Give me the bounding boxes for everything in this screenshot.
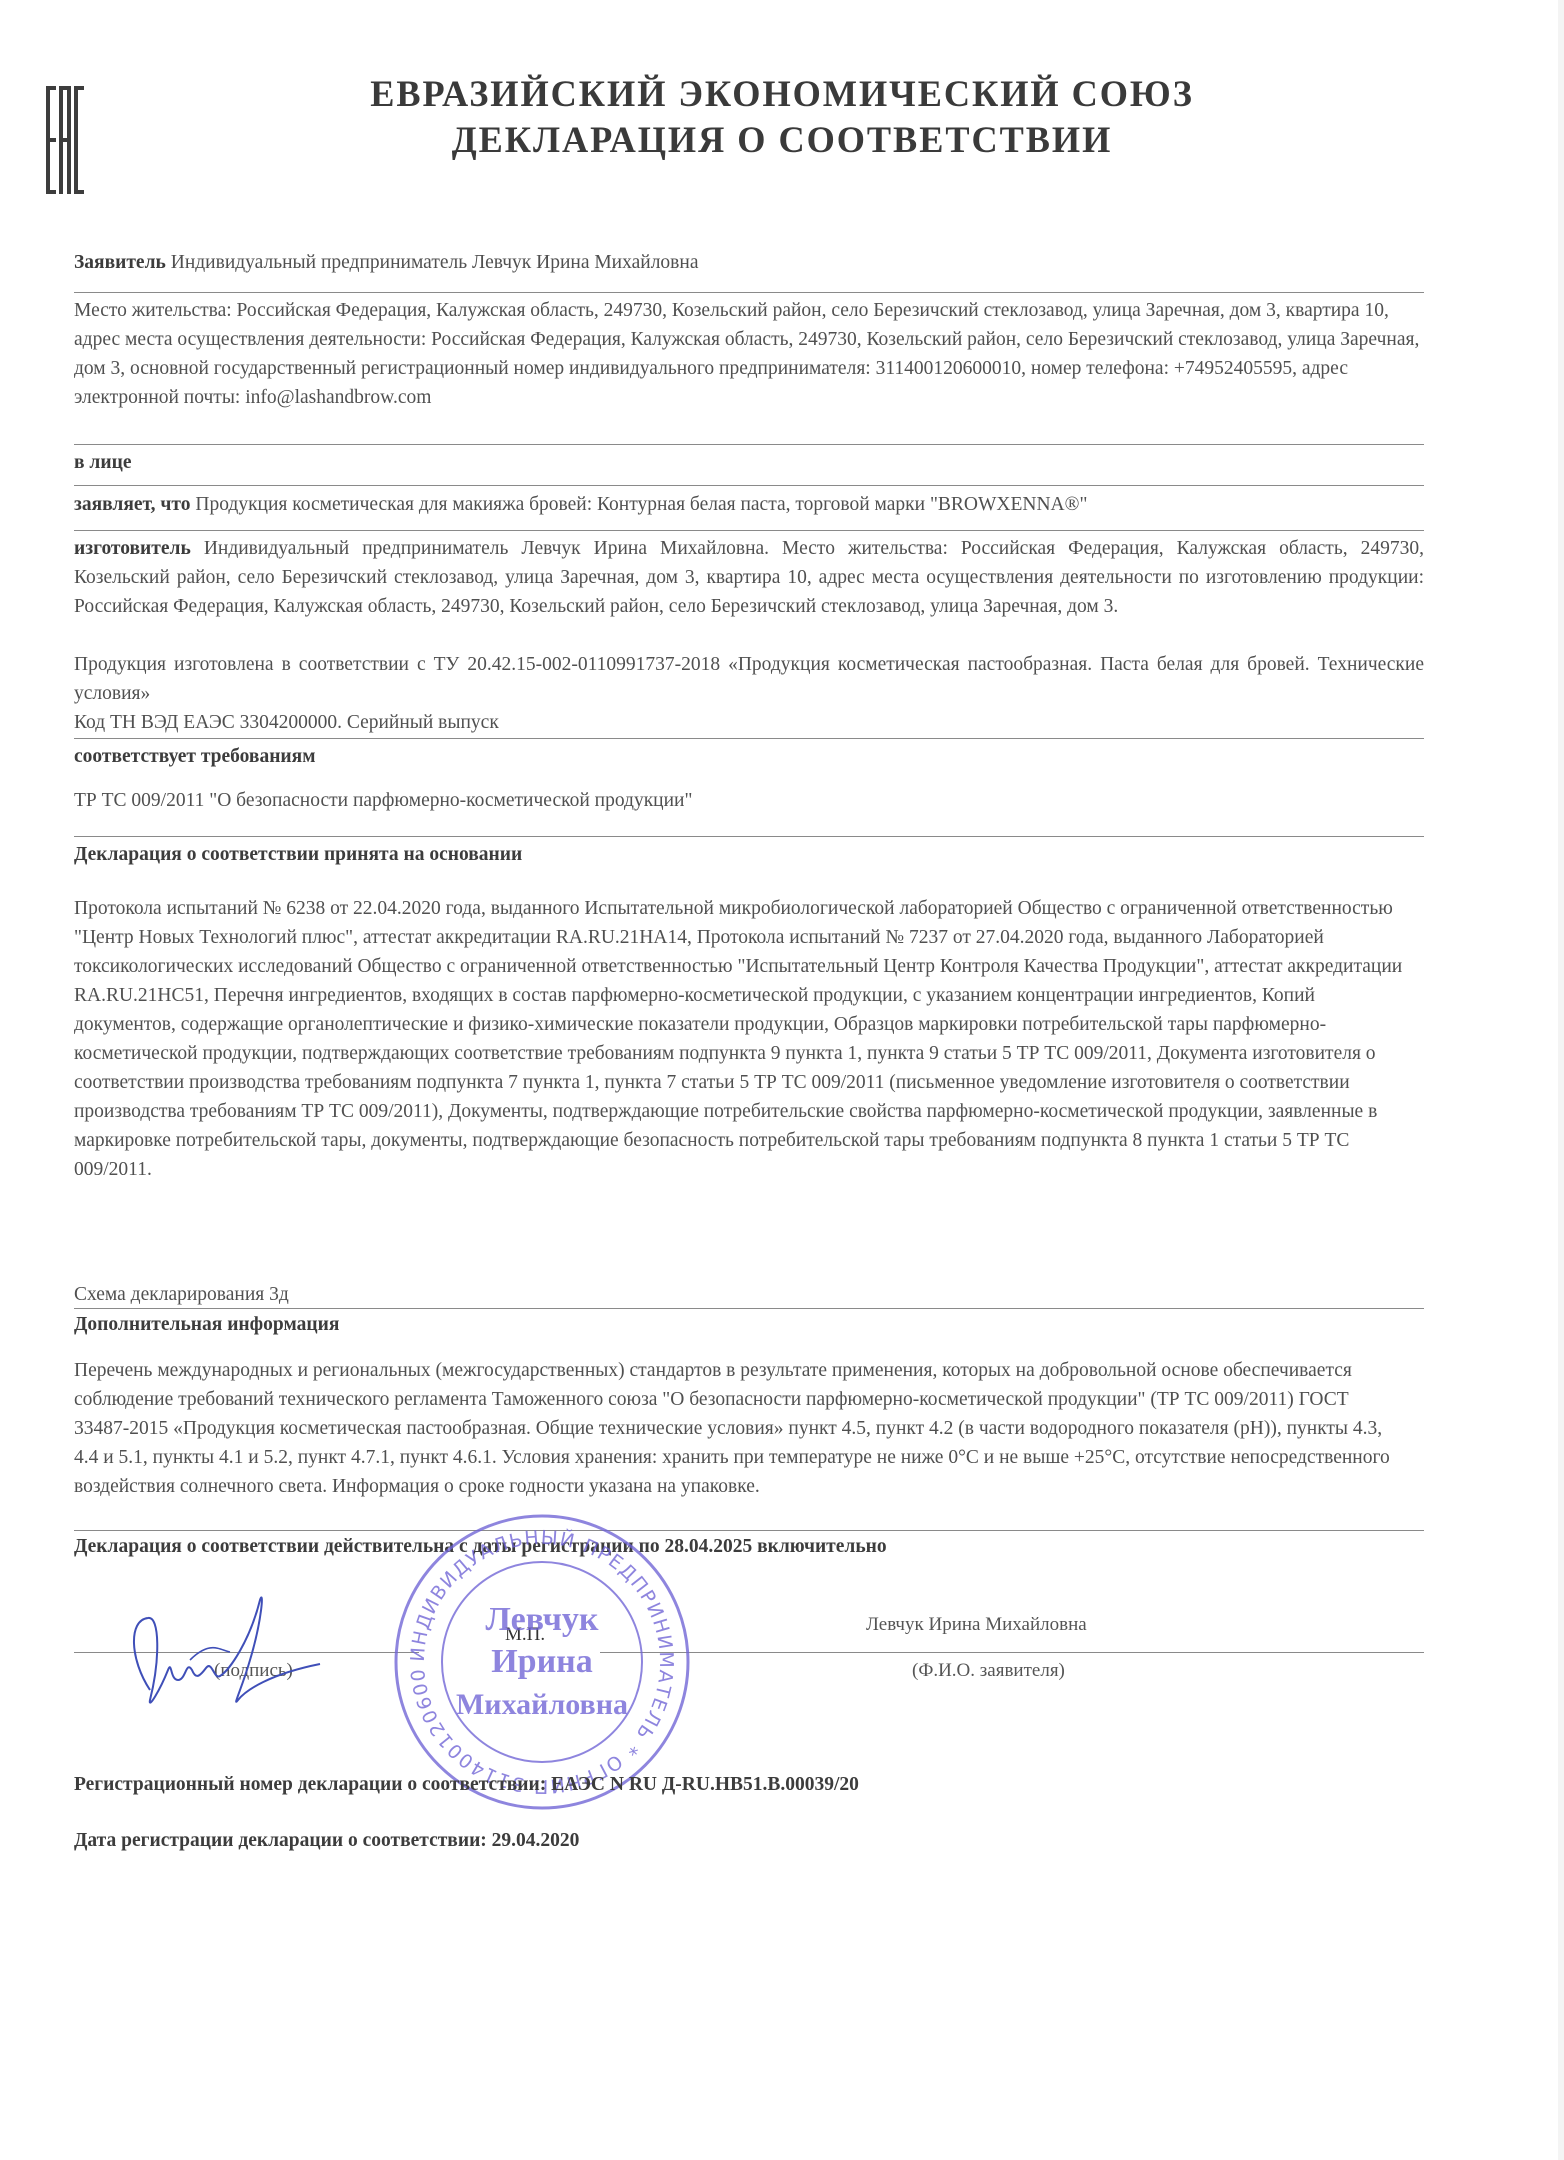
registration-number: Регистрационный номер декларации о соотв… [74,1770,1424,1799]
applicant-line: Заявитель Индивидуальный предприниматель… [74,248,1424,277]
declares-line: заявляет, что Продукция косметическая дл… [74,490,1424,519]
applicant-name: Левчук Ирина Михайловна [866,1614,1087,1636]
manufacturer-block: изготовитель Индивидуальный предпринимат… [74,534,1424,621]
represented-by-label: в лице [74,448,1424,477]
divider [74,292,1424,293]
title-union: ЕВРАЗИЙСКИЙ ЭКОНОМИЧЕСКИЙ СОЮЗ [16,72,1549,118]
scan-edge [1558,0,1564,2160]
divider [74,1530,1424,1531]
manufacturer-value: Индивидуальный предприниматель Левчук Ир… [74,538,1424,617]
name-line [600,1652,1424,1653]
additional-value: Перечень международных и региональных (м… [74,1356,1394,1501]
divider [74,738,1424,739]
round-seal-stamp: ИНДИВИДУАЛЬНЫЙ ПРЕДПРИНИМАТЕЛЬ * ОГРНИП … [392,1512,692,1812]
stamp-patronymic: Михайловна [456,1688,628,1721]
divider [74,485,1424,486]
registration-number-value: ЕАЭС N RU Д-RU.НВ51.В.00039/20 [551,1774,859,1795]
declares-label: заявляет, что [74,494,191,515]
stamp-surname: Левчук [485,1601,598,1638]
additional-label: Дополнительная информация [74,1310,1424,1339]
declaration-scheme: Схема декларирования 3д [74,1280,1424,1309]
registration-date-value: 29.04.2020 [492,1830,580,1851]
divider [74,836,1424,837]
divider [74,1308,1424,1309]
registration-date-label: Дата регистрации декларации о соответств… [74,1830,487,1851]
divider [74,444,1424,445]
declaration-page: ЕВРАЗИЙСКИЙ ЭКОНОМИЧЕСКИЙ СОЮЗ ДЕКЛАРАЦИ… [0,0,1564,2160]
validity-text: Декларация о соответствии действительна … [74,1532,1424,1561]
divider [74,530,1424,531]
product-description: Продукция косметическая для макияжа бров… [195,494,1087,515]
manufacturer-code: Код ТН ВЭД ЕАЭС 3304200000. Серийный вып… [74,708,1424,737]
name-caption: (Ф.И.О. заявителя) [912,1660,1065,1682]
handwritten-signature [120,1580,380,1730]
applicant-address: Место жительства: Российская Федерация, … [74,296,1424,412]
registration-date: Дата регистрации декларации о соответств… [74,1826,1424,1855]
basis-value: Протокола испытаний № 6238 от 22.04.2020… [74,894,1414,1184]
document-title: ЕВРАЗИЙСКИЙ ЭКОНОМИЧЕСКИЙ СОЮЗ ДЕКЛАРАЦИ… [0,72,1564,164]
applicant-label: Заявитель [74,252,166,273]
basis-label: Декларация о соответствии принята на осн… [74,840,1424,869]
applicant-value: Индивидуальный предприниматель Левчук Ир… [171,252,699,273]
registration-number-label: Регистрационный номер декларации о соотв… [74,1774,546,1795]
stamp-name: Ирина [491,1643,593,1680]
complies-value: ТР ТС 009/2011 "О безопасности парфюмерн… [74,786,1424,815]
complies-label: соответствует требованиям [74,742,1424,771]
manufacturer-tu: Продукция изготовлена в соответствии с Т… [74,650,1424,708]
title-declaration: ДЕКЛАРАЦИЯ О СООТВЕТСТВИИ [16,118,1549,164]
manufacturer-label: изготовитель [74,538,191,559]
